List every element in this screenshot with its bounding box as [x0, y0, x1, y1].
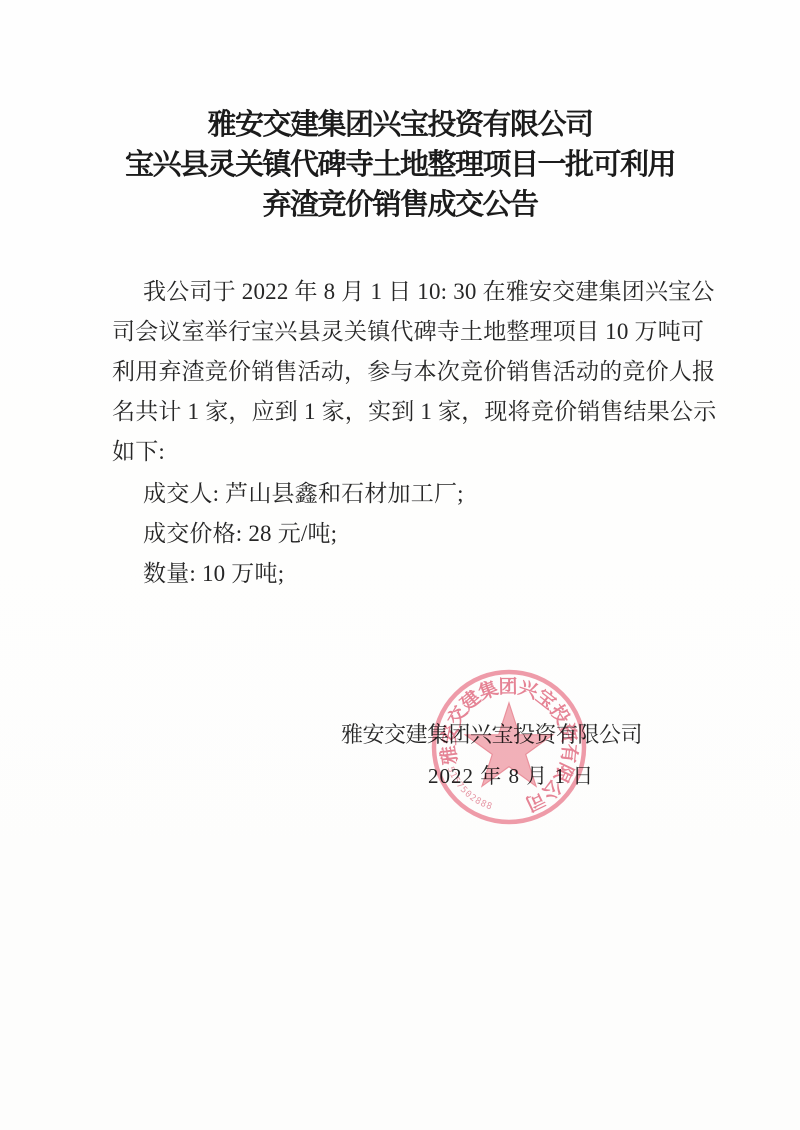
deal-quantity: 数量: 10 万吨; — [143, 554, 464, 594]
title-line-3: 弃渣竞价销售成交公告 — [0, 184, 800, 224]
title-line-1: 雅安交建集团兴宝投资有限公司 — [0, 104, 800, 144]
body-line: 如下: — [112, 432, 677, 472]
title-line-2: 宝兴县灵关镇代碑寺土地整理项目一批可利用 — [0, 144, 800, 184]
body-paragraph: 我公司于 2022 年 8 月 1 日 10: 30 在雅安交建集团兴宝公 司会… — [112, 272, 677, 472]
body-line: 名共计 1 家，应到 1 家，实到 1 家，现将竞价销售结果公示 — [112, 392, 677, 432]
deal-buyer: 成交人: 芦山县鑫和石材加工厂; — [143, 474, 464, 514]
body-line: 我公司于 2022 年 8 月 1 日 10: 30 在雅安交建集团兴宝公 — [112, 272, 677, 312]
signature-company: 雅安交建集团兴宝投资有限公司 — [341, 718, 642, 749]
body-line: 司会议室举行宝兴县灵关镇代碑寺土地整理项目 10 万吨可 — [112, 312, 677, 352]
document-title: 雅安交建集团兴宝投资有限公司 宝兴县灵关镇代碑寺土地整理项目一批可利用 弃渣竞价… — [0, 104, 800, 224]
document-page: 雅安交建集团兴宝投资有限公司 宝兴县灵关镇代碑寺土地整理项目一批可利用 弃渣竞价… — [0, 0, 800, 1130]
body-line: 利用弃渣竞价销售活动，参与本次竞价销售活动的竞价人报 — [112, 352, 677, 392]
signature-date: 2022 年 8 月 1 日 — [428, 760, 594, 790]
deal-price: 成交价格: 28 元/吨; — [143, 514, 464, 554]
deal-results: 成交人: 芦山县鑫和石材加工厂; 成交价格: 28 元/吨; 数量: 10 万吨… — [143, 474, 464, 594]
